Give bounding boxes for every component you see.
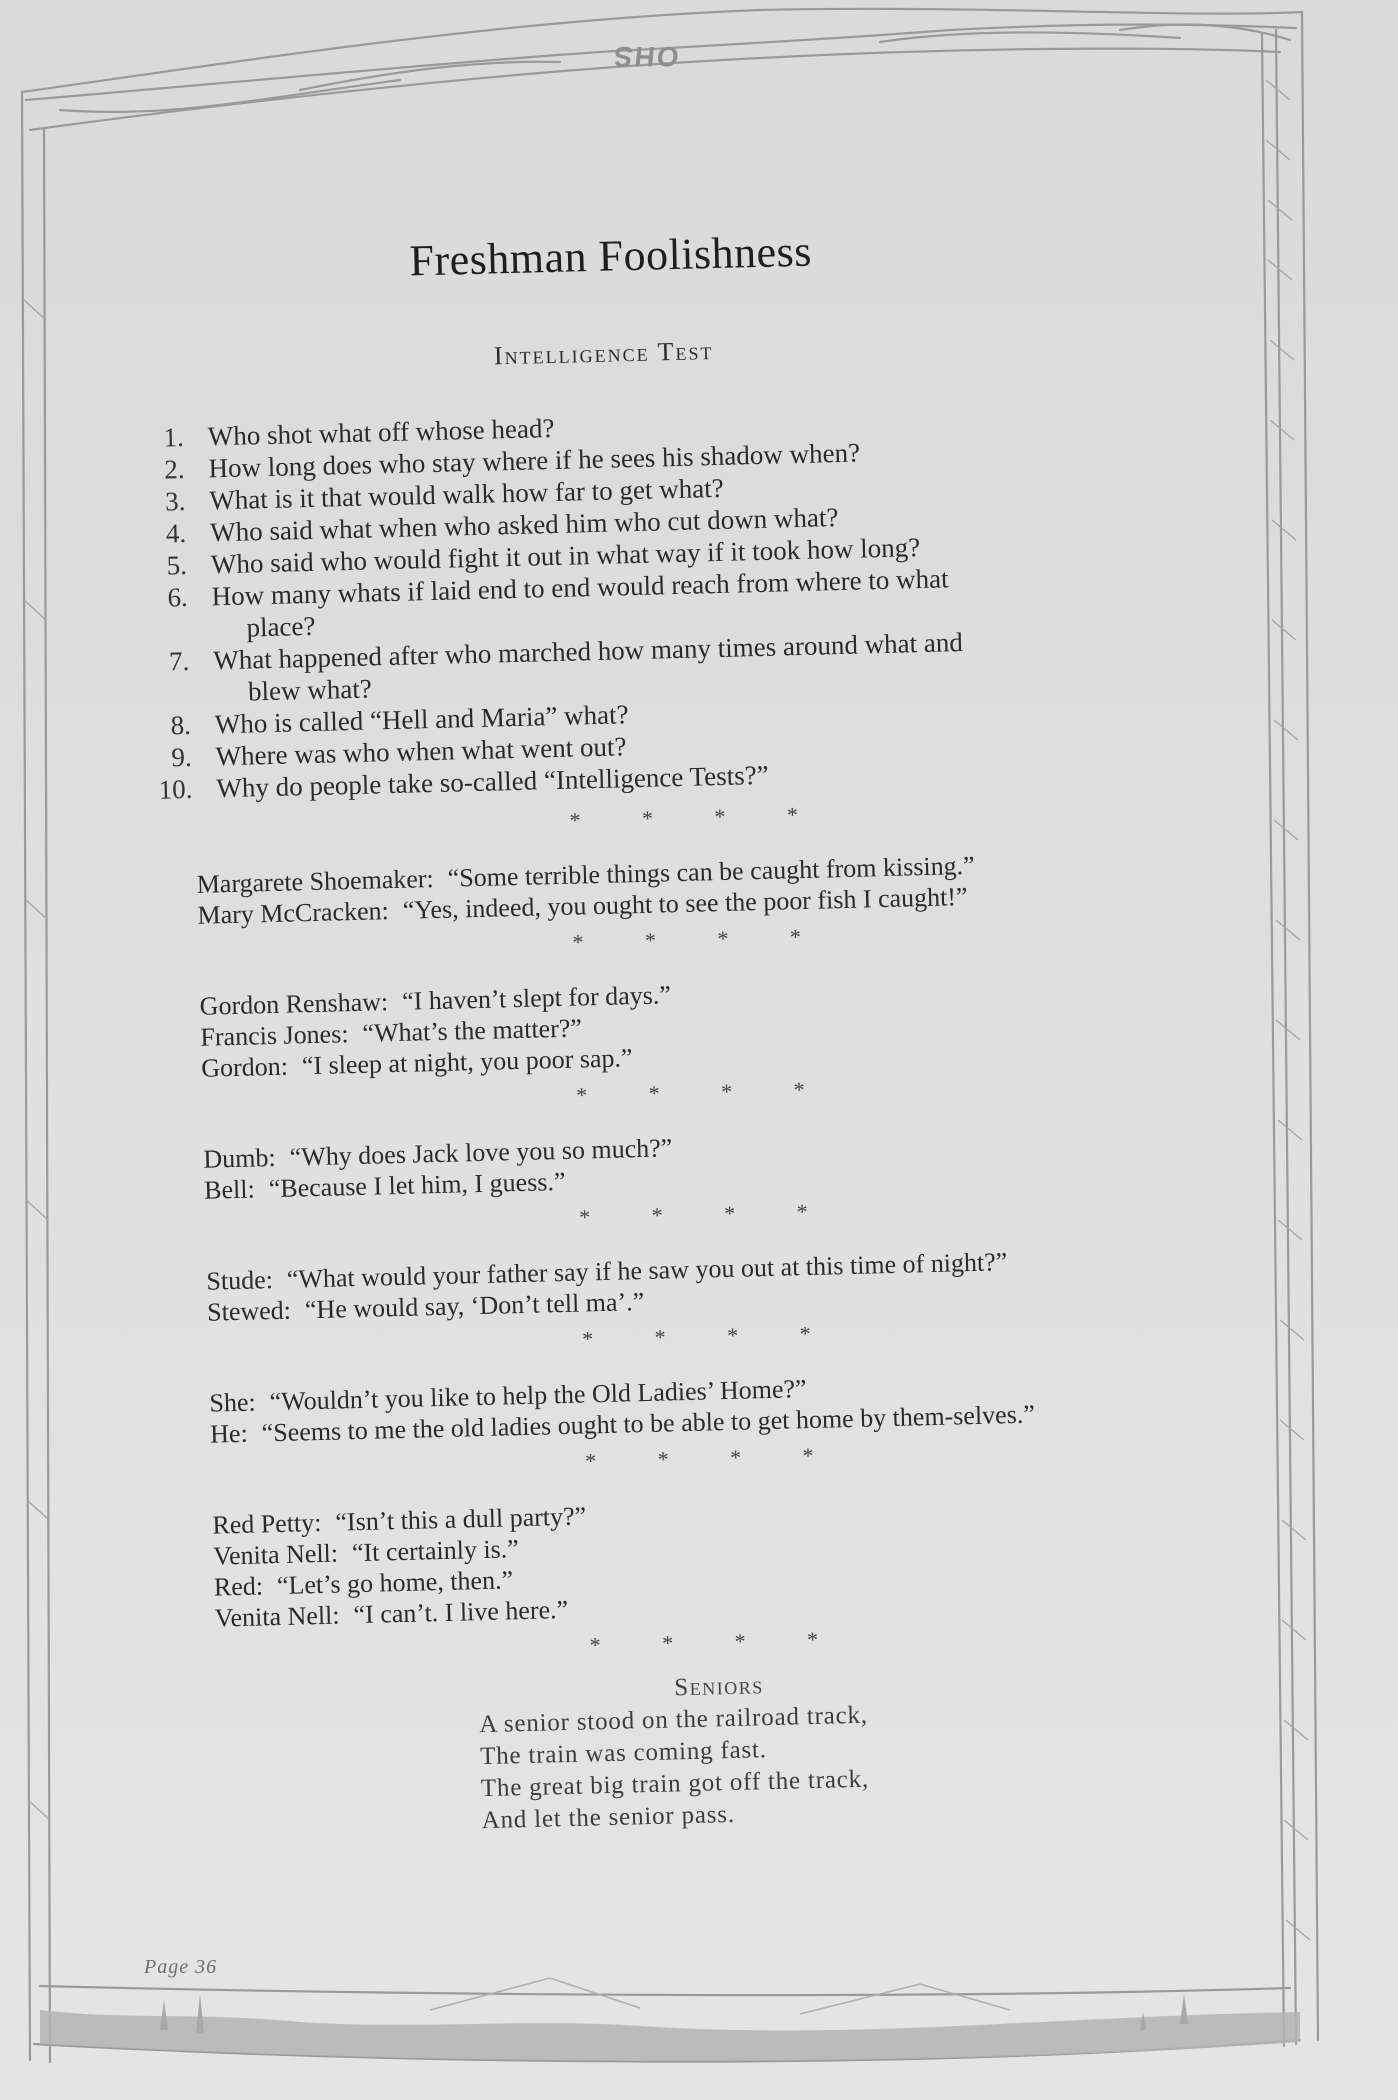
speaker-name: Bell: [204,1174,255,1204]
speech-text: “Let’s go home, then.” [277,1565,514,1600]
speaker-name: Dumb: [203,1143,276,1174]
question-number: 6. [149,581,188,614]
joke-dialogue: Gordon Renshaw:“I haven’t slept for days… [159,965,1246,1084]
question-number: 1. [145,421,184,454]
question-number: 5. [149,549,188,582]
speaker-name: Mary McCracken: [197,896,389,930]
question-number: 3. [147,485,186,518]
speech-text: “Because I let him, I guess.” [268,1167,565,1203]
speaker-name: Gordon Renshaw: [199,987,388,1021]
speech-text: “It certainly is.” [352,1534,519,1567]
question-number: 10. [154,773,193,806]
intelligence-test-questions: 1.Who shot what off whose head?2.How lon… [145,395,1239,805]
question-number: 7. [151,645,190,678]
school-monogram: OHS [610,40,680,72]
speech-text: “He would say, ‘Don’t tell ma’.” [305,1287,645,1324]
page-title: Freshman Foolishness [409,226,812,287]
speaker-name: Gordon: [201,1052,288,1083]
joke-dialogue: Red Petty:“Isn’t this a dull party?”Veni… [172,1484,1260,1634]
question-number: 2. [146,453,185,486]
speech-text: “I can’t. I live here.” [353,1595,568,1629]
question-number: 4. [148,517,187,550]
speaker-name: Stewed: [207,1296,291,1327]
speaker-name: She: [209,1388,256,1418]
speaker-name: Margarete Shoemaker: [196,864,434,899]
jokes-section: * * * *Margarete Shoemaker:“Some terribl… [155,783,1265,1844]
section-heading-intelligence-test: Intelligence Test [494,336,714,371]
speaker-name: Stude: [206,1265,273,1296]
speaker-name: Red: [214,1571,264,1601]
poem-seniors: A senior stood on the railroad track,The… [479,1690,1265,1837]
speech-text: “What’s the matter?” [362,1013,582,1047]
page-number: Page 36 [144,1956,217,1979]
speaker-name: Venita Nell: [213,1539,339,1571]
speaker-name: Francis Jones: [200,1019,349,1052]
speaker-name: He: [210,1419,248,1449]
speech-text: “Isn’t this a dull party?” [335,1501,586,1536]
speaker-name: Venita Nell: [214,1601,340,1633]
speech-text: “I sleep at night, you poor sap.” [302,1043,633,1080]
question-number: 8. [152,709,191,742]
question-number: 9. [153,741,192,774]
speaker-name: Red Petty: [212,1508,322,1540]
speech-text: “I haven’t slept for days.” [402,980,671,1016]
